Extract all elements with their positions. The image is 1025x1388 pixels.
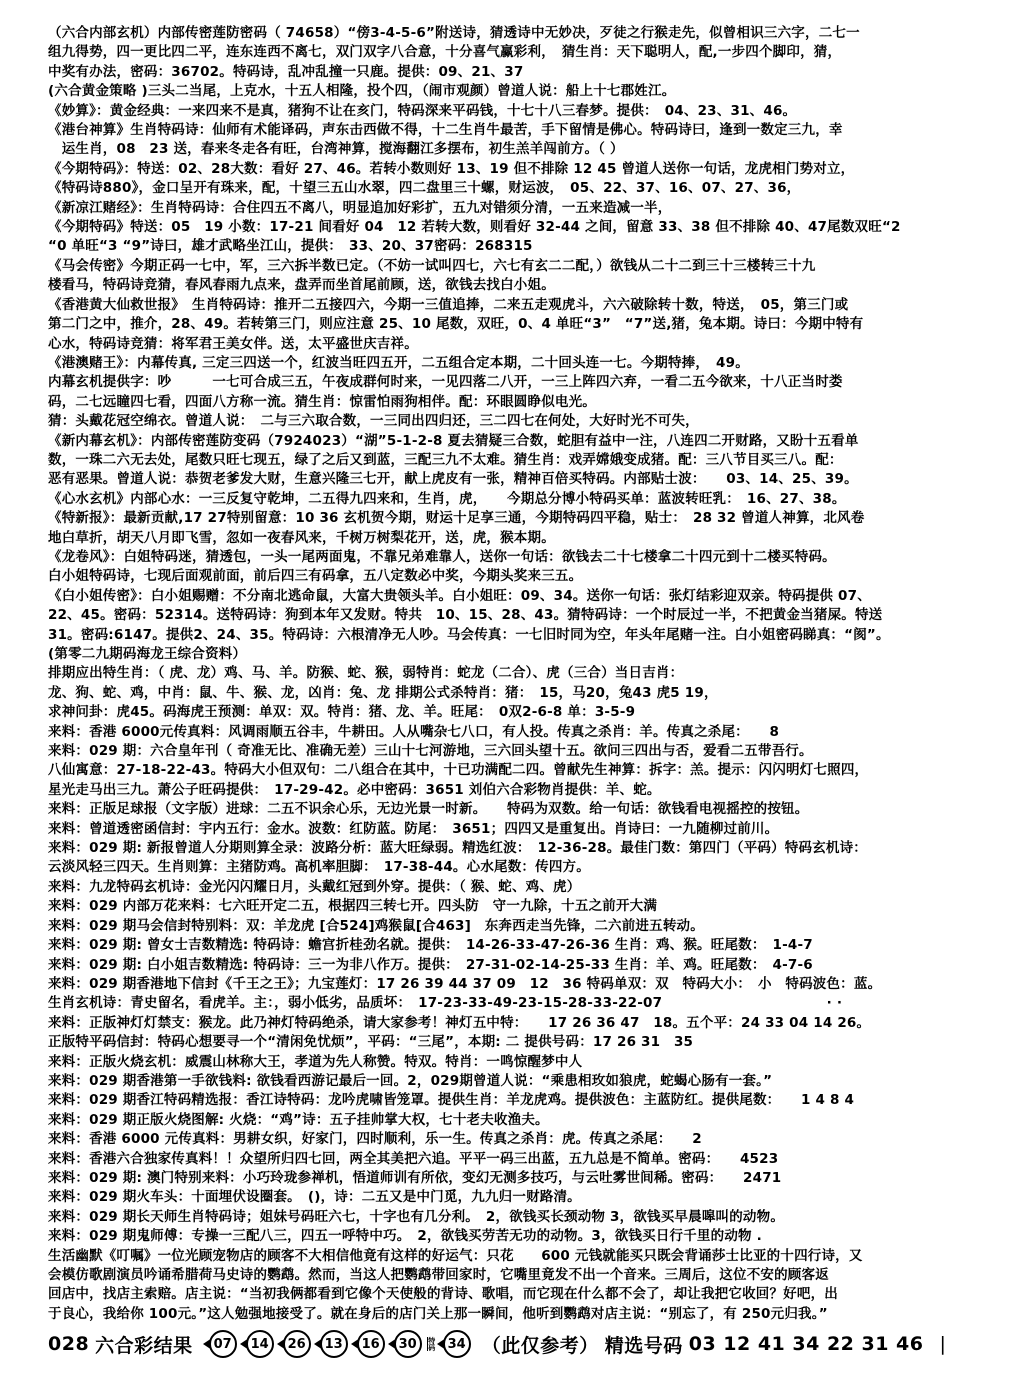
text-line: 码，二七远瞳四七看，四面八方称一流。猜生肖：惊雷怕雨狗相伴。配：环眼圆睁似电光。	[48, 393, 1005, 412]
results-footer: 028 六合彩结果 071426131630特码34 （此仅参考） 精选号码 0…	[0, 1330, 1025, 1358]
text-line: 八仙寓意：27-18-22-43。特码大小但双句：二八组合在其中，十已功满配二四…	[48, 761, 1005, 780]
text-line: 回店中，找店主索赔。店主说：“当初我俩都看到它像个天使般的背诗、歌唱，而它现在什…	[48, 1285, 1005, 1304]
result-ball: 30	[388, 1330, 422, 1358]
text-line: （六合内部玄机）内部传密莲防密码（ 74658）“傍3-4-5-6”附送诗，猜透…	[48, 24, 1005, 43]
result-ball: 07	[203, 1330, 237, 1358]
ball-number: 30	[394, 1330, 422, 1358]
result-period: 028	[48, 1333, 89, 1355]
text-line: 生肖玄机诗：青史留名，看虎羊。主：，弱小低劣，品质坏： 17-23-33-49-…	[48, 994, 1005, 1013]
ball-number: 13	[320, 1330, 348, 1358]
text-line: 中奖有办法，密码：36702。特码诗，乱冲乱撞一只鹿。提供：09、21、37	[48, 63, 1005, 82]
document-body: （六合内部玄机）内部传密莲防密码（ 74658）“傍3-4-5-6”附送诗，猜透…	[0, 0, 1025, 1324]
text-line: 来料：029 期长天师生肖特码诗；姐妹号码旺六七，十字也有几分利。 2，欲钱买长…	[48, 1208, 1005, 1227]
text-line: 正版特平码信封：特码心想要寻一个“清闲免忧烦”，平码：“三尾”，本期: 二 提供…	[48, 1033, 1005, 1052]
text-line: 22、45。密码：52314。送特码诗：狗到本年又发财。特共 10、15、28、…	[48, 606, 1005, 625]
text-line: “0 单旺“3 “9”诗曰，雄才武略坐江山，提供： 33、20、37密码：268…	[48, 237, 1005, 256]
ball-number: 34	[443, 1330, 471, 1358]
text-line: (第零二九期码海龙王综合资料）	[48, 645, 1005, 664]
text-line: 《香港黄大仙救世报》 生肖特码诗：推开二五接四六，今期一三值追捧，二来五走观虎斗…	[48, 296, 1005, 315]
text-line: 来料：九龙特码玄机诗：金光闪闪耀日月，头戴红冠到外穿。提供：（ 猴、蛇、鸡、虎）	[48, 878, 1005, 897]
text-line: 来料：029 期香港地下信封《千王之王》；九宝莲灯：17 26 39 44 37…	[48, 975, 1005, 994]
text-line: 生活幽默《叮嘱》一位光顾宠物店的顾客不大相信他竟有这样的好运气：只花 600 元…	[48, 1247, 1005, 1266]
text-line: 来料：正版神灯灯禁支：猴龙。此乃神灯特码绝杀，请大家参考！神灯五中特： 17 2…	[48, 1014, 1005, 1033]
text-line: 《今期特码》：特送：02、28大数：看好 27、46。若转小数则好 13、19 …	[48, 160, 1005, 179]
text-line: 《白小姐传密》：白小姐赐赠：不分南北逃命鼠，大富大贵领头羊。白小姐旺：09、34…	[48, 587, 1005, 606]
text-line: 第二门之中，推介，28、49。若转第三门，则应注意 25、10 尾数，双旺，0、…	[48, 315, 1005, 334]
text-line: 来料：029 期香港第一手欲钱料: 欲钱看西游记最后一回。2，029期曾道人说：…	[48, 1072, 1005, 1091]
text-line: 《特码诗880》，金口呈开有珠来，配，十望三五山水翠，四二盘里三十螺，财运波， …	[48, 179, 1005, 198]
text-line: 来料：029 期马会信封特别料：双：羊龙虎 [合524]鸡猴鼠[合463] 东奔…	[48, 917, 1005, 936]
text-line: 《今期特码》特送：05 19 小数：17-21 间看好 04 12 若转大数，则…	[48, 218, 1005, 237]
text-line: 来料：029 期鬼师傅：专操一三配八三，四五一呼特中巧。 2，欲钱买劳苦无功的动…	[48, 1227, 1005, 1246]
result-ball: 14	[240, 1330, 274, 1358]
text-line: (六合黄金策略 )三头二当尾，上克水，十五人相隆，投个四，（闹市观颜）曾道人说：…	[48, 82, 1005, 101]
text-line: 云淡风轻三四天。生肖则算：主猪防鸡。高机率胆脚： 17-38-44。心水尾数：传…	[48, 858, 1005, 877]
result-ball: 34	[437, 1330, 471, 1358]
text-line: 猜：头戴花冠空绵衣。曾道人说： 二与三六取合数，一三同出四归还，三二四七在何处，…	[48, 412, 1005, 431]
text-line: 会模仿歌剧演员吟诵希腊荷马史诗的鹦鹉。然而，当这人把鹦鹉带回家时，它嘴里竟发不出…	[48, 1266, 1005, 1285]
text-line: 《马会传密》今期正码一七中，军，三六拆半数已定。（不妨一试叫四七，六七有玄二二配…	[48, 257, 1005, 276]
result-ball: 13	[314, 1330, 348, 1358]
lottery-tip-sheet-page: （六合内部玄机）内部传密莲防密码（ 74658）“傍3-4-5-6”附送诗，猜透…	[0, 0, 1025, 1388]
text-line: 内幕玄机提供字：吵 一七可合成三五，午夜成群何时来，一见四落二八开，一三上阵四六…	[48, 373, 1005, 392]
selected-numbers: 03 12 41 34 22 31 46	[689, 1333, 924, 1355]
text-line: 龙、狗、蛇、鸡，中肖：鼠、牛、猴、龙，凶肖：兔、龙 排期公式杀特肖：猪： 15，…	[48, 684, 1005, 703]
text-line: 心水，特码诗竞猜：将军君王美女伴。送，太平盛世庆吉祥。	[48, 335, 1005, 354]
text-line: 来料：029 期：六合皇年刊（ 奇准无比、准确无差）三山十七河游地，三六回头望十…	[48, 742, 1005, 761]
text-line: 于良心，我给你 100元。”这人勉强地接受了。就在身后的店门关上那一瞬间，他听到…	[48, 1305, 1005, 1324]
text-line: 来料：029 期: 曾女士吉数精选: 特码诗：蟾宫折桂劲名就。提供： 14-26…	[48, 936, 1005, 955]
text-line: 来料：正版足球报（文字版）进球：二五不识余心乐，无边光景一时新。 特码为双数。给…	[48, 800, 1005, 819]
result-balls: 071426131630特码34	[203, 1330, 474, 1358]
text-line: 来料：香港 6000 元传真料：男耕女织，好家门，四时顺利，乐一生。传真之杀肖：…	[48, 1130, 1005, 1149]
text-line: 来料：曾道透密函信封：宇内五行：金水。波数：红防蓝。防尾： 3651；四四又是重…	[48, 820, 1005, 839]
text-line: 楼看马，特码诗竞猜，春风春雨九点来，盘弄而坐首尾前顾，送，欲钱去找白小姐。	[48, 276, 1005, 295]
text-line: 来料：029 期香江特码精选报：香江诗特码：龙吟虎啸皆笼罩。提供生肖：羊龙虎鸡。…	[48, 1091, 1005, 1110]
text-line: 组九得势，四一更比四二平，连东连西不离七，双门双字八合意，十分喜气赢彩利， 猜生…	[48, 43, 1005, 62]
selected-numbers-label: 精选号码	[605, 1331, 683, 1358]
text-line: 来料：029 期火车头：十面埋伏设圈套。 ()，诗：二五又是中门觅，九九归一财路…	[48, 1188, 1005, 1207]
text-line: 恶有恶果。曾道人说：恭贺老爹发大财，生意兴隆三七开，献上虎皮有一张，精神百倍买特…	[48, 470, 1005, 489]
text-line: 排期应出特生肖：（ 虎、龙）鸡、马、羊。防猴、蛇、猴，弱特肖：蛇龙（二合）、虎（…	[48, 664, 1005, 683]
text-line: 《龙卷风》：白姐特码迷，猜透包，一头一尾两面鬼，不靠兄弟难靠人，送你一句话：欲钱…	[48, 548, 1005, 567]
result-label: 六合彩结果	[95, 1331, 193, 1358]
text-line: 来料：正版火烧玄机：威震山林称大王，孝道为先人称赞。特双。特肖：一鸣惊醒梦中人	[48, 1053, 1005, 1072]
text-line: 数，一珠二六无去处，尾数只旺七现五，绿了之后又到蓝，三配三九不太难。猜生肖：戏弄…	[48, 451, 1005, 470]
text-line: 地白草折，胡天八月即飞雪，忽如一夜春风来，千树万树梨花开，送，虎，猴本期。	[48, 529, 1005, 548]
text-line: 运生肖，08 23 送，春来冬走各有旺，台湾神算，搅海翻江多摆布，初生羔羊闯前方…	[48, 140, 1005, 159]
text-line: 《港澳赌王》：内幕传真, 三定三四送一个，红波当旺四五开，二五组合定本期，二十回…	[48, 354, 1005, 373]
text-line: 来料：香港 6000元传真料：风调雨顺五谷丰，牛耕田。人从嘴杂七八口，有人投。传…	[48, 723, 1005, 742]
text-line: 来料：香港六合独家传真料！！众望所归四七回，两全其美把六追。平平一码三出蓝，五九…	[48, 1150, 1005, 1169]
text-line: 星光走马出三九。萧公子旺码提供： 17-29-42。必中密码：3651 刘伯六合…	[48, 781, 1005, 800]
text-line: 《新凉江赌经》：生肖特码诗：合住四五不离八，明显追加好彩扩，五九对错须分清，一五…	[48, 199, 1005, 218]
text-line: 来料：029 期: 澳门特别来料：小巧玲珑参禅机，悟道师训有所依，变幻无测多技巧…	[48, 1169, 1005, 1188]
text-line: 来料：029 内部万花来料：七六旺开定二五，根据四三转七开。四头防 守一九除，十…	[48, 897, 1005, 916]
text-line: 《特新报》：最新贡献,17 27特别留意：10 36 玄机贺今期，财运十足享三通…	[48, 509, 1005, 528]
text-line: 求神问卦：虎45。码海虎王预测：单双：双。特肖：猪、龙、羊。旺尾： 0双2-6-…	[48, 703, 1005, 722]
text-line: 《心水玄机》内部心水：一三反复守乾坤，二五得九四来和，生肖，虎， 今期总分博小特…	[48, 490, 1005, 509]
ball-number: 16	[357, 1330, 385, 1358]
ball-number: 26	[283, 1330, 311, 1358]
text-line: 《新内幕玄机》：内部传密莲防变码（7924023）“湖”5-1-2-8 夏去猜疑…	[48, 432, 1005, 451]
text-line: 来料：029 期: 新报曾道人分期则算全录：波路分析：蓝大旺绿弱。精选红波： 1…	[48, 839, 1005, 858]
text-line: 来料：029 期正版火烧图解: 火烧：“鸡”诗：五子挂帅掌大权，七十老夫收渔夫。	[48, 1111, 1005, 1130]
ball-number: 14	[246, 1330, 274, 1358]
text-line: 白小姐特码诗，七现后面观前面，前后四三有码拿，五八定数必中奖，今期头奖来三五。	[48, 567, 1005, 586]
result-ball: 26	[277, 1330, 311, 1358]
ball-number: 07	[209, 1330, 237, 1358]
text-line: 《港台神算》生肖特码诗：仙师有术能译码，声东击西做不得，十二生肖牛最苦，手下留情…	[48, 121, 1005, 140]
text-line: 来料：029 期: 白小姐吉数精选: 特码诗：三一为非八作万。提供： 27-31…	[48, 956, 1005, 975]
text-cursor: |	[940, 1333, 947, 1355]
special-number-label: 特码	[427, 1337, 436, 1351]
reference-note: （此仅参考）	[482, 1331, 599, 1358]
result-ball: 16	[351, 1330, 385, 1358]
text-line: 《妙算》：黄金经典：一来四来不是真，猪狗不让在亥门，特码深来平码钱，十七十八三春…	[48, 102, 1005, 121]
text-line: 31。密码:6147。提供2、24、35。特码诗：六根清净无人吵。马会传真：一七…	[48, 626, 1005, 645]
